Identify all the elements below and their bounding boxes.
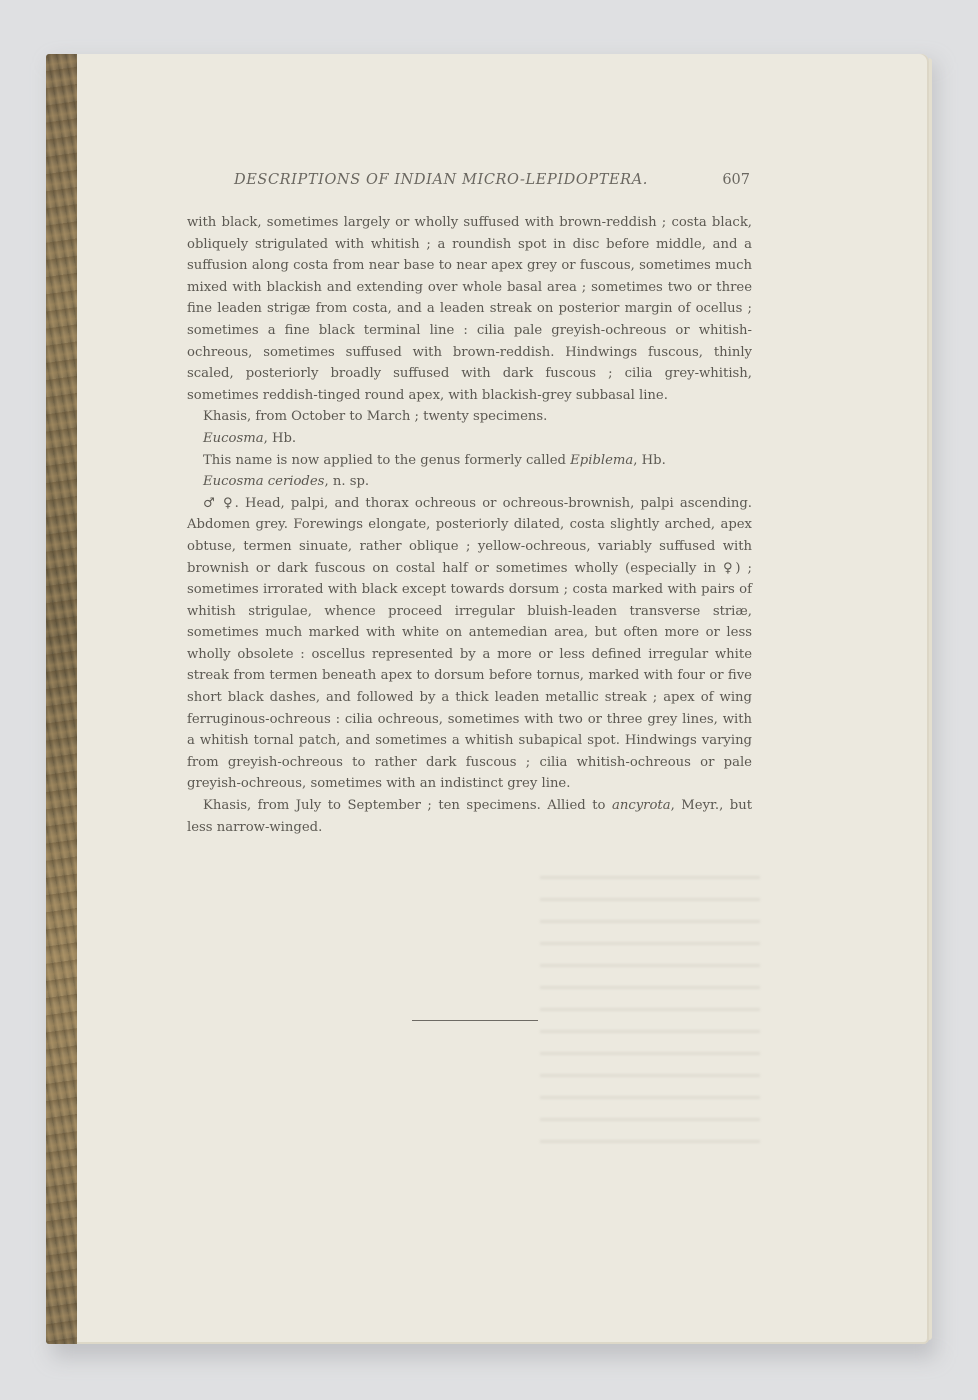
italic-term: Eucosma: [203, 431, 264, 446]
text-run: Khasis, from July to September ; ten spe…: [203, 798, 612, 813]
paragraph-locality-1: Khasis, from October to March ; twenty s…: [187, 406, 752, 428]
text-run: This name is now applied to the genus fo…: [203, 453, 570, 468]
paragraph-locality-2: Khasis, from July to September ; ten spe…: [187, 795, 752, 838]
show-through-text: [540, 862, 760, 1162]
text-run: , Hb.: [633, 453, 666, 468]
text-run: , n. sp.: [324, 474, 369, 489]
text-run: Khasis, from October to March ; twenty s…: [203, 409, 547, 424]
italic-term: ancyrota: [612, 798, 671, 813]
running-head: DESCRIPTIONS OF INDIAN MICRO-LEPIDOPTERA…: [234, 172, 750, 192]
running-head-title: DESCRIPTIONS OF INDIAN MICRO-LEPIDOPTERA…: [234, 172, 648, 188]
text-run: with black, sometimes largely or wholly …: [187, 215, 752, 403]
text-run: ♂ ♀. Head, palpi, and thorax ochreous or…: [187, 496, 752, 792]
paragraph-genus-heading: Eucosma, Hb.: [187, 428, 752, 450]
page-number: 607: [722, 172, 750, 188]
section-end-rule: [412, 1020, 538, 1021]
italic-term: Epiblema: [570, 453, 633, 468]
paragraph-description-continued: with black, sometimes largely or wholly …: [187, 212, 752, 406]
paragraph-species-heading: Eucosma ceriodes, n. sp.: [187, 471, 752, 493]
paragraph-species-description: ♂ ♀. Head, palpi, and thorax ochreous or…: [187, 493, 752, 795]
text-run: , Hb.: [264, 431, 297, 446]
body-text: with black, sometimes largely or wholly …: [187, 212, 752, 838]
paragraph-genus-note: This name is now applied to the genus fo…: [187, 450, 752, 472]
italic-term: Eucosma ceriodes: [203, 474, 324, 489]
page-edge: [929, 58, 932, 1340]
marbled-spine: [46, 54, 77, 1344]
